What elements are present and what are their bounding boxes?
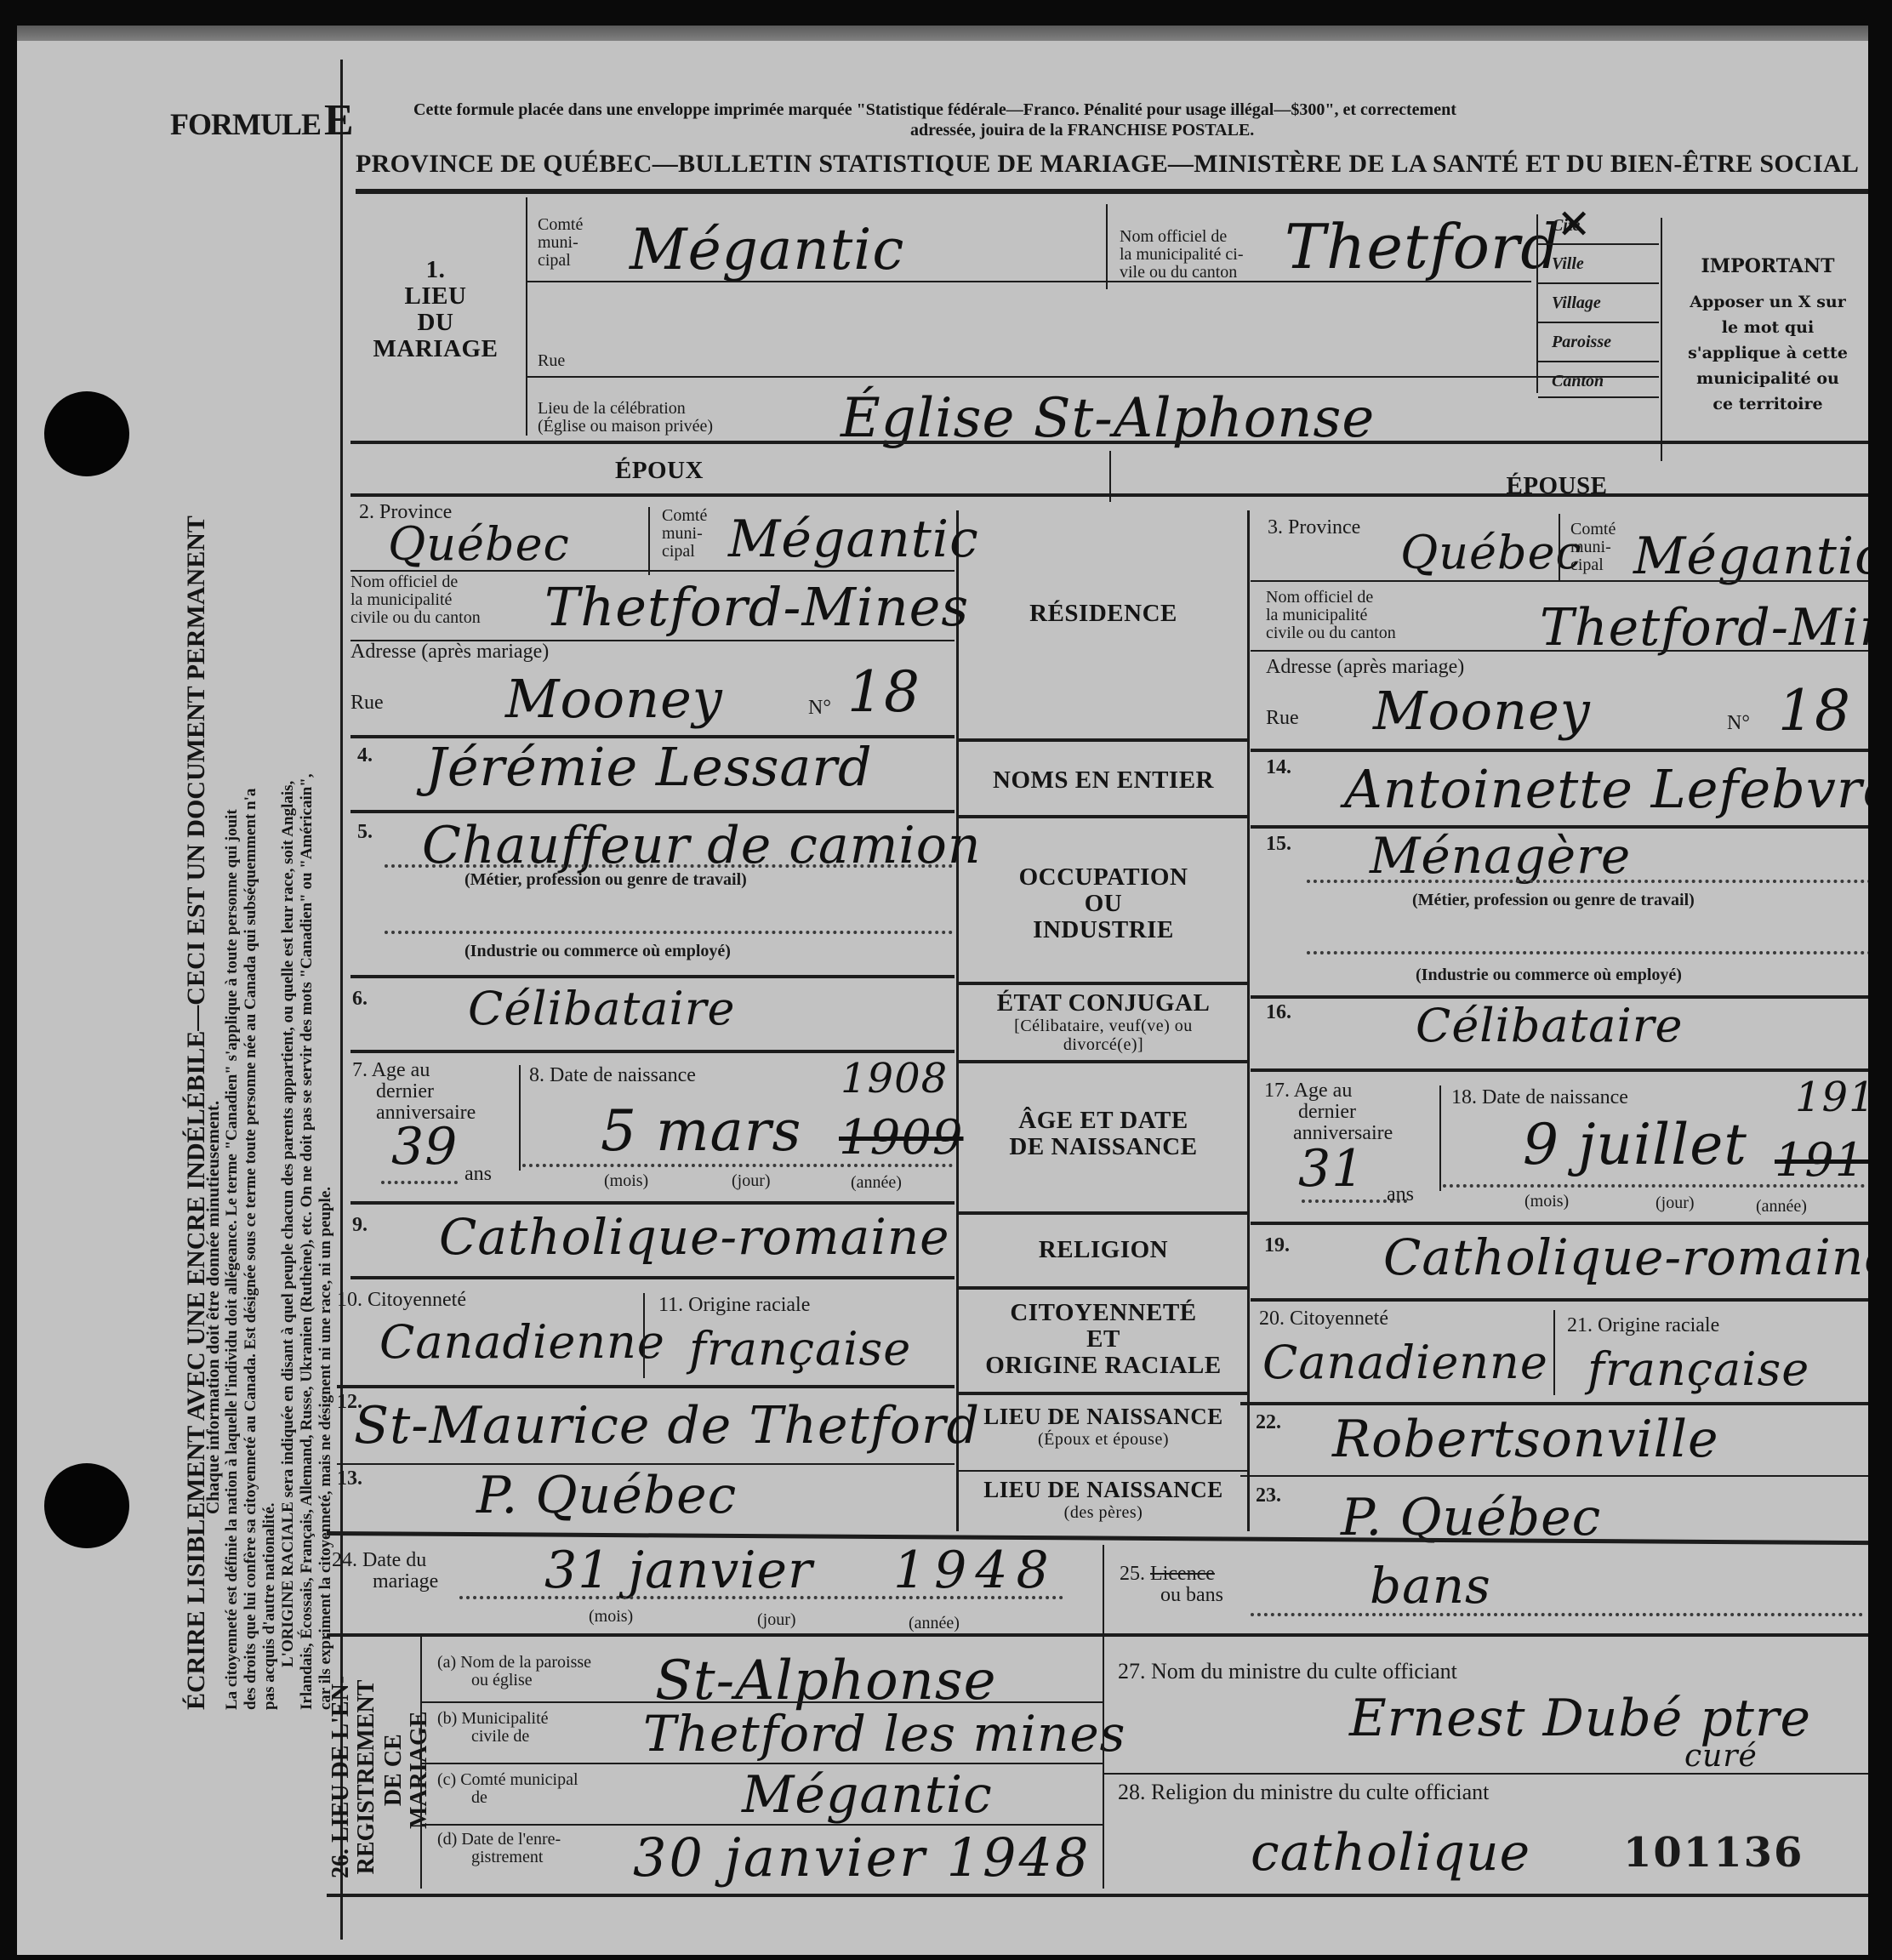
type-option-paroisse[interactable]: Paroisse xyxy=(1552,333,1611,351)
enreg-b-value: Thetford les mines xyxy=(643,1710,1126,1758)
dotted-line xyxy=(385,864,953,868)
epouse-comte-label: Comtémuni-cipal xyxy=(1570,521,1616,574)
title-rule xyxy=(356,189,1878,194)
center-divider-right xyxy=(1247,510,1250,1531)
mariage-annee-value: 1948 xyxy=(893,1547,1057,1594)
epoux-header: ÉPOUX xyxy=(350,458,968,484)
divider xyxy=(643,1293,645,1378)
divider xyxy=(1103,1637,1104,1889)
rule xyxy=(350,1050,955,1053)
divider xyxy=(1553,1310,1555,1395)
punch-hole xyxy=(44,391,129,476)
rule xyxy=(1240,1475,1873,1477)
rule xyxy=(350,1201,955,1205)
rule xyxy=(350,493,1873,497)
licence-value: bans xyxy=(1370,1562,1491,1610)
dotted-line xyxy=(385,931,953,934)
rule xyxy=(1251,1298,1873,1302)
enreg-d-label: (d) Date de l'enre- gistrement xyxy=(437,1831,561,1866)
epouse-province-label: 3. Province xyxy=(1268,517,1360,538)
form-code: FORMULE E xyxy=(170,95,354,145)
rule xyxy=(337,1385,955,1388)
dotted-line xyxy=(522,1164,953,1167)
rule xyxy=(958,815,1247,818)
type-option-ville[interactable]: Ville xyxy=(1552,255,1584,273)
epoux-adresse-label: Adresse (après mariage) xyxy=(350,641,549,663)
dotted-line xyxy=(459,1596,1063,1599)
rule xyxy=(958,982,1247,985)
section1-heading: 1. LIEU DU MARIAGE xyxy=(350,257,521,362)
rule xyxy=(527,376,1659,378)
divider xyxy=(526,197,527,436)
epoux-religion-num: 9. xyxy=(352,1215,368,1236)
rule xyxy=(958,1392,1247,1395)
rule xyxy=(1251,650,1873,652)
epouse-religion-value: Catholique-romaine xyxy=(1383,1234,1892,1281)
rue-label: Rue xyxy=(538,352,565,370)
rule xyxy=(1251,1068,1873,1072)
lieu-naissance-peres-label: LIEU DE NAISSANCE(des pères) xyxy=(961,1477,1245,1522)
enregistrement-heading-2: DE CE MARIAGE xyxy=(381,1712,432,1829)
epouse-numero-value: 18 xyxy=(1778,687,1851,735)
epoux-citoyennete-value: Canadienne xyxy=(379,1319,665,1366)
rule xyxy=(1104,1773,1873,1775)
side-note-7: car ils expriment la citoyenneté, mais n… xyxy=(316,1187,335,1710)
epouse-jour-label: (jour) xyxy=(1655,1194,1695,1212)
rule xyxy=(422,1701,1103,1703)
divider xyxy=(1106,204,1108,289)
divider xyxy=(648,507,650,575)
epoux-nom-value: Jérémie Lessard xyxy=(425,744,873,791)
ministre-titre-value: curé xyxy=(1684,1741,1758,1773)
epouse-date-value: 9 juillet xyxy=(1523,1121,1747,1169)
epouse-metier-label: (Métier, profession ou genre de travail) xyxy=(1412,892,1695,909)
scan-border xyxy=(1868,26,1892,1960)
epoux-annee-label: (année) xyxy=(851,1174,902,1192)
dotted-line xyxy=(381,1181,458,1184)
epouse-rue-label: Rue xyxy=(1266,708,1299,729)
celebration-value: Église St-Alphonse xyxy=(841,395,1375,442)
rule xyxy=(958,1286,1247,1290)
rule xyxy=(350,441,1873,444)
citoyennete-label: CITOYENNETÉETORIGINE RACIALE xyxy=(961,1300,1245,1379)
nom-officiel-value: Thetford xyxy=(1285,223,1560,271)
dotted-line xyxy=(1251,1613,1863,1616)
type-option-canton[interactable]: Canton xyxy=(1552,373,1604,390)
epouse-mois-label: (mois) xyxy=(1524,1193,1569,1211)
side-note-5: L'ORIGINE RACIALE sera indiquée en disan… xyxy=(279,781,298,1667)
epoux-comte-value: Mégantic xyxy=(728,516,979,563)
postal-notice-line1: Cette formule placée dans une enveloppe … xyxy=(413,100,1456,120)
rule xyxy=(958,1470,1247,1472)
side-note-3: des droits que lui confère sa citoyennet… xyxy=(242,789,260,1710)
rule xyxy=(1538,282,1659,284)
epoux-date-label: 8. Date de naissance xyxy=(529,1065,696,1086)
mariage-jour-label: (jour) xyxy=(757,1611,796,1629)
rule xyxy=(1251,580,1873,582)
epouse-comte-value: Mégantic xyxy=(1633,533,1884,580)
mariage-date-value: 31 janvier xyxy=(544,1547,813,1594)
rule xyxy=(958,1211,1247,1215)
epoux-province-value: Québec xyxy=(388,521,570,568)
divider xyxy=(1439,1085,1441,1191)
enreg-c-value: Mégantic xyxy=(742,1771,993,1819)
rule xyxy=(422,1763,1103,1764)
dotted-line xyxy=(1307,951,1872,954)
rule xyxy=(958,1060,1247,1063)
divider xyxy=(1559,514,1560,582)
epouse-lieu-naissance-value: Robertsonville xyxy=(1332,1416,1719,1463)
epouse-age-value: 31 xyxy=(1298,1145,1365,1193)
rule xyxy=(1251,749,1873,752)
epouse-annee-label: (année) xyxy=(1756,1198,1807,1216)
divider xyxy=(1103,1545,1104,1637)
rule xyxy=(327,1894,1873,1897)
noms-label: NOMS EN ENTIER xyxy=(961,767,1245,794)
ministre-religion-value: catholique xyxy=(1251,1829,1530,1877)
postal-notice-line2: adressée, jouira de la FRANCHISE POSTALE… xyxy=(910,121,1254,140)
registration-number: 101136 xyxy=(1623,1829,1804,1877)
formule-label: FORMULE xyxy=(170,107,321,141)
epoux-occupation-num: 5. xyxy=(357,822,373,843)
epoux-comte-label: Comtémuni-cipal xyxy=(662,507,707,561)
punch-hole xyxy=(44,1463,129,1548)
epouse-province-value: Québec xyxy=(1400,529,1582,577)
margin-rule xyxy=(340,60,343,1940)
licence-label: 25. Licence ou bans xyxy=(1120,1564,1223,1606)
epoux-nom-officiel-label: Nom officiel dela municipalitécivile ou … xyxy=(350,573,481,627)
epouse-citoyennete-label: 20. Citoyenneté xyxy=(1259,1308,1388,1330)
etat-label: ÉTAT CONJUGAL [Célibataire, veuf(ve) oud… xyxy=(961,990,1245,1054)
divider xyxy=(420,1633,422,1889)
rule xyxy=(1538,322,1659,323)
enreg-c-label: (c) Comté municipal de xyxy=(437,1771,578,1807)
epoux-date-value: 5 mars xyxy=(601,1108,801,1155)
divider xyxy=(1536,214,1538,393)
epoux-citoyennete-label: 10. Citoyenneté xyxy=(337,1290,466,1311)
epoux-industrie-label: (Industrie ou commerce où employé) xyxy=(464,943,731,960)
divider xyxy=(519,1065,521,1171)
epouse-lieu-naissance-num: 22. xyxy=(1256,1412,1281,1433)
epouse-citoyennete-value: Canadienne xyxy=(1262,1339,1548,1387)
mariage-date-label: 24. Date du mariage xyxy=(332,1550,438,1592)
epoux-occupation-value: Chauffeur de camion xyxy=(422,822,982,869)
enreg-a-label: (a) Nom de la paroisse ou église xyxy=(437,1654,591,1689)
rule xyxy=(1251,1222,1873,1225)
dotted-line xyxy=(1307,880,1872,883)
side-note-1: Chaque information doit être donnée minu… xyxy=(202,1101,224,1514)
dotted-line xyxy=(1443,1184,1865,1188)
epoux-numero-value: 18 xyxy=(847,669,920,716)
epouse-origine-label: 21. Origine raciale xyxy=(1567,1315,1719,1336)
epouse-etat-num: 16. xyxy=(1266,1002,1291,1023)
epouse-lieu-peres-num: 23. xyxy=(1256,1485,1281,1507)
epoux-lieu-peres-num: 13. xyxy=(337,1468,362,1490)
epoux-etat-value: Célibataire xyxy=(468,985,736,1033)
formule-letter: E xyxy=(324,96,354,145)
mariage-mois-label: (mois) xyxy=(589,1608,633,1626)
type-option-village[interactable]: Village xyxy=(1552,294,1601,312)
center-divider-left xyxy=(956,510,959,1531)
comte-label: Comtémuni-cipal xyxy=(538,216,583,270)
epouse-adresse-label: Adresse (après mariage) xyxy=(1266,657,1464,678)
enreg-a-value: St-Alphonse xyxy=(655,1657,997,1705)
epoux-no-label: N° xyxy=(808,698,831,719)
side-note-6: Irlandais, Écossais, Français, Allemand,… xyxy=(298,773,316,1710)
rule xyxy=(327,1633,1873,1637)
rule xyxy=(1538,361,1659,362)
rule xyxy=(350,810,955,813)
epouse-industrie-label: (Industrie ou commerce où employé) xyxy=(1416,966,1682,984)
celebration-label: Lieu de la célébration(Église ou maison … xyxy=(538,400,713,436)
epoux-jour-label: (jour) xyxy=(732,1172,771,1190)
epouse-municipalite-value: Thetford-Mines xyxy=(1540,604,1892,652)
epouse-occupation-num: 15. xyxy=(1266,834,1291,855)
epoux-age-value: 39 xyxy=(391,1123,458,1171)
nom-officiel-label: Nom officiel dela municipalité ci-vile o… xyxy=(1120,228,1244,282)
comte-value: Mégantic xyxy=(630,226,904,274)
epoux-annee-corrigee: 1908 xyxy=(841,1055,948,1102)
epouse-lieu-peres-value: P. Québec xyxy=(1341,1494,1601,1541)
enreg-d-value: 30 janvier 1948 xyxy=(633,1834,1091,1882)
epoux-rue-value: Mooney xyxy=(505,675,723,723)
epoux-lieu-peres-value: P. Québec xyxy=(476,1472,737,1519)
important-note: IMPORTANT Apposer un X sur le mot qui s'… xyxy=(1667,255,1868,417)
epouse-no-label: N° xyxy=(1727,713,1750,734)
epoux-ans-label: ans xyxy=(464,1164,492,1185)
divider xyxy=(1661,218,1662,461)
occupation-label: OCCUPATIONOUINDUSTRIE xyxy=(961,864,1245,943)
enreg-b-label: (b) Municipalité civile de xyxy=(437,1710,549,1746)
ministre-religion-label: 28. Religion du ministre du culte offici… xyxy=(1118,1781,1489,1803)
ministre-nom-value: Ernest Dubé ptre xyxy=(1349,1695,1811,1742)
rule xyxy=(1538,396,1659,398)
rule xyxy=(350,1276,955,1279)
epouse-occupation-value: Ménagère xyxy=(1370,832,1631,880)
epouse-nom-value: Antoinette Lefebvre xyxy=(1344,766,1892,813)
lieu-naissance-label: LIEU DE NAISSANCE(Époux et épouse) xyxy=(961,1404,1245,1449)
epouse-origine-value: française xyxy=(1587,1346,1809,1393)
rule xyxy=(958,738,1247,742)
epouse-etat-value: Célibataire xyxy=(1416,1002,1684,1050)
side-note-2: La citoyenneté est définie la nation à l… xyxy=(223,809,242,1710)
enregistrement-heading: 26. LIEU DE L'EN- REGISTREMENT xyxy=(328,1676,379,1878)
epouse-ans-label: ans xyxy=(1387,1184,1414,1205)
epoux-age-label: 7. Age au dernier anniversaire xyxy=(352,1060,476,1124)
side-note-4: pas acquis d'autre nationalité. xyxy=(260,1502,279,1710)
rule xyxy=(337,1463,955,1465)
epoux-origine-value: française xyxy=(689,1325,911,1373)
ministre-nom-label: 27. Nom du ministre du culte officiant xyxy=(1118,1661,1457,1682)
epouse-date-label: 18. Date de naissance xyxy=(1451,1087,1628,1108)
epoux-mois-label: (mois) xyxy=(604,1172,648,1190)
epoux-origine-label: 11. Origine raciale xyxy=(658,1295,810,1316)
mariage-annee-label: (année) xyxy=(909,1615,960,1632)
epoux-religion-value: Catholique-romaine xyxy=(439,1213,950,1261)
epoux-lieu-naissance-value: St-Maurice de Thetford xyxy=(354,1402,980,1450)
religion-label: RELIGION xyxy=(961,1237,1245,1263)
epouse-rue-value: Mooney xyxy=(1373,687,1591,735)
epoux-nom-num: 4. xyxy=(357,745,373,766)
epouse-nom-officiel-label: Nom officiel dela municipalitécivile ou … xyxy=(1266,589,1396,642)
x-mark-icon: ✕ xyxy=(1557,201,1591,248)
rule xyxy=(1538,243,1659,245)
rule xyxy=(350,975,955,978)
epouse-religion-num: 19. xyxy=(1264,1235,1290,1256)
epoux-etat-num: 6. xyxy=(352,989,368,1010)
rule xyxy=(1240,1402,1873,1405)
rule xyxy=(350,570,955,572)
rule xyxy=(422,1824,1103,1826)
epoux-metier-label: (Métier, profession ou genre de travail) xyxy=(464,871,747,889)
epoux-annee-barree: 1909 xyxy=(839,1114,964,1162)
epoux-municipalite-value: Thetford-Mines xyxy=(544,584,969,631)
form-title: PROVINCE DE QUÉBEC—BULLETIN STATISTIQUE … xyxy=(356,150,1859,179)
epouse-age-label: 17. Age au dernier anniversaire xyxy=(1264,1080,1393,1144)
epouse-nom-num: 14. xyxy=(1266,757,1291,778)
residence-label: RÉSIDENCE xyxy=(961,601,1245,627)
epoux-rue-label: Rue xyxy=(350,692,384,714)
age-label: ÂGE ET DATEDE NAISSANCE xyxy=(961,1108,1245,1160)
